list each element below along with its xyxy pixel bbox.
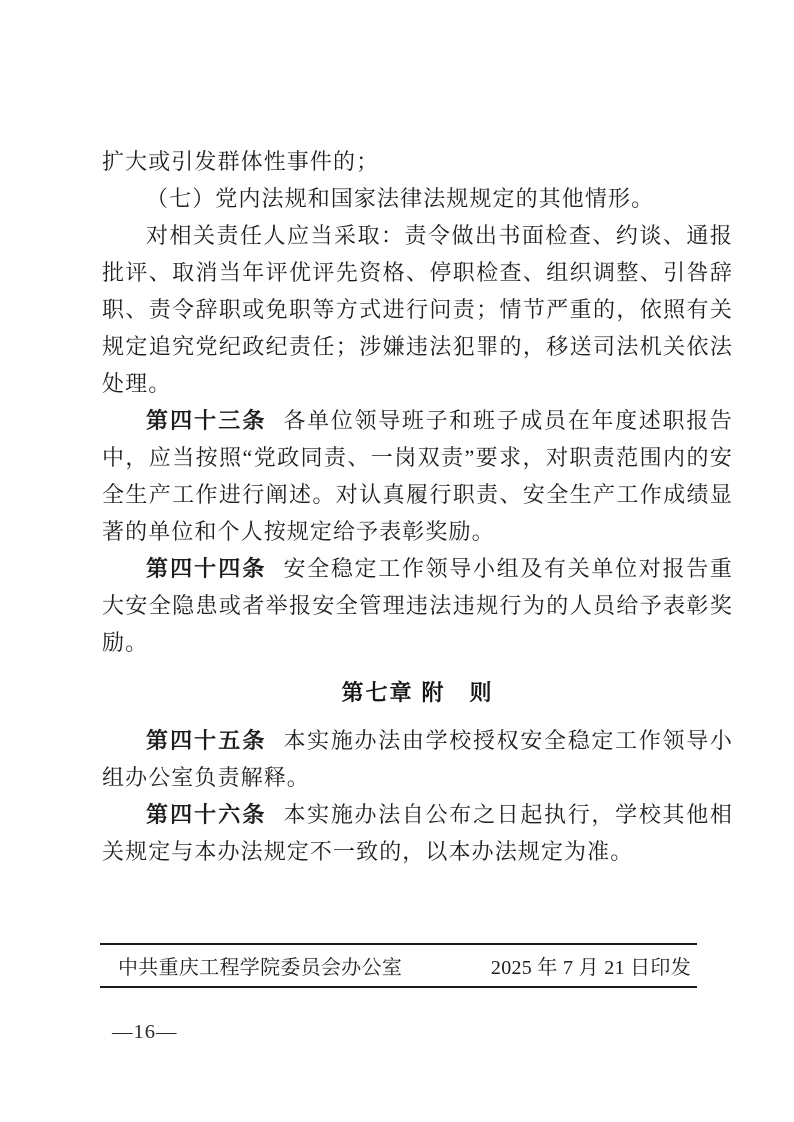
article-45-number: 第四十五条 xyxy=(146,728,266,753)
article-43-number: 第四十三条 xyxy=(146,408,266,433)
print-date: 2025 年 7 月 21 日印发 xyxy=(491,951,691,980)
issuing-office: 中共重庆工程学院委员会办公室 xyxy=(118,951,402,980)
issuance-footer: 中共重庆工程学院委员会办公室 2025 年 7 月 21 日印发 xyxy=(100,943,697,988)
paragraph-article-45: 第四十五条本实施办法由学校授权安全稳定工作领导小组办公室负责解释。 xyxy=(102,722,733,796)
paragraph-article-44: 第四十四条安全稳定工作领导小组及有关单位对报告重大安全隐患或者举报安全管理违法违… xyxy=(102,550,733,661)
article-44-number: 第四十四条 xyxy=(146,556,266,581)
paragraph-item-seven: （七）党内法规和国家法律法规规定的其他情形。 xyxy=(102,180,733,217)
chapter-seven-heading: 第七章 附 则 xyxy=(102,674,733,711)
page-number: —16— xyxy=(112,1021,178,1044)
paragraph-continuation: 扩大或引发群体性事件的； xyxy=(102,143,733,180)
document-body: 扩大或引发群体性事件的； （七）党内法规和国家法律法规规定的其他情形。 对相关责… xyxy=(102,143,733,870)
article-46-number: 第四十六条 xyxy=(146,802,266,827)
paragraph-accountability-measures: 对相关责任人应当采取：责令做出书面检查、约谈、通报批评、取消当年评优评先资格、停… xyxy=(102,217,733,402)
paragraph-article-46: 第四十六条本实施办法自公布之日起执行，学校其他相关规定与本办法规定不一致的，以本… xyxy=(102,796,733,870)
document-page: 扩大或引发群体性事件的； （七）党内法规和国家法律法规规定的其他情形。 对相关责… xyxy=(0,0,794,1122)
paragraph-article-43: 第四十三条各单位领导班子和班子成员在年度述职报告中，应当按照“党政同责、一岗双责… xyxy=(102,402,733,550)
